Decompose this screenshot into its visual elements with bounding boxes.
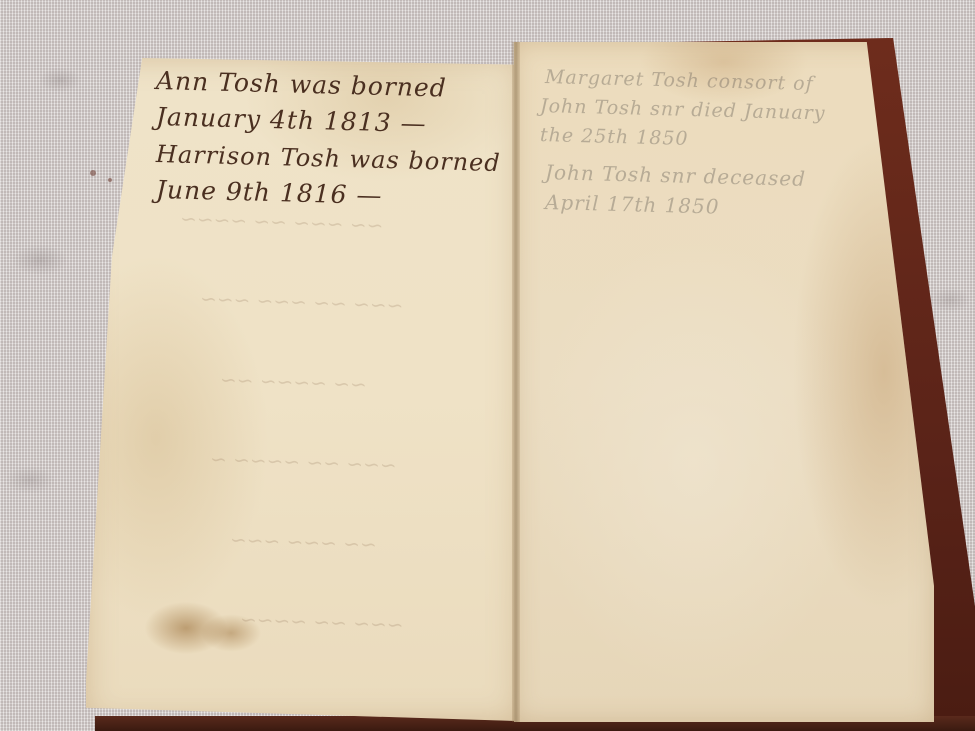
bleed-through-text: ~~ ~~~ ~~~ xyxy=(230,527,378,556)
entry-margaret-line3: the 25th 1850 xyxy=(540,124,689,150)
open-book: Ann Tosh was borned January 4th 1813 — H… xyxy=(0,0,975,731)
bleed-through-text: ~~ ~~~~ ~~ xyxy=(220,367,368,396)
entry-john-line2: April 17th 1850 xyxy=(545,190,720,219)
entry-harrison-date: June 9th 1816 — xyxy=(156,175,383,210)
book-gutter xyxy=(512,42,520,722)
